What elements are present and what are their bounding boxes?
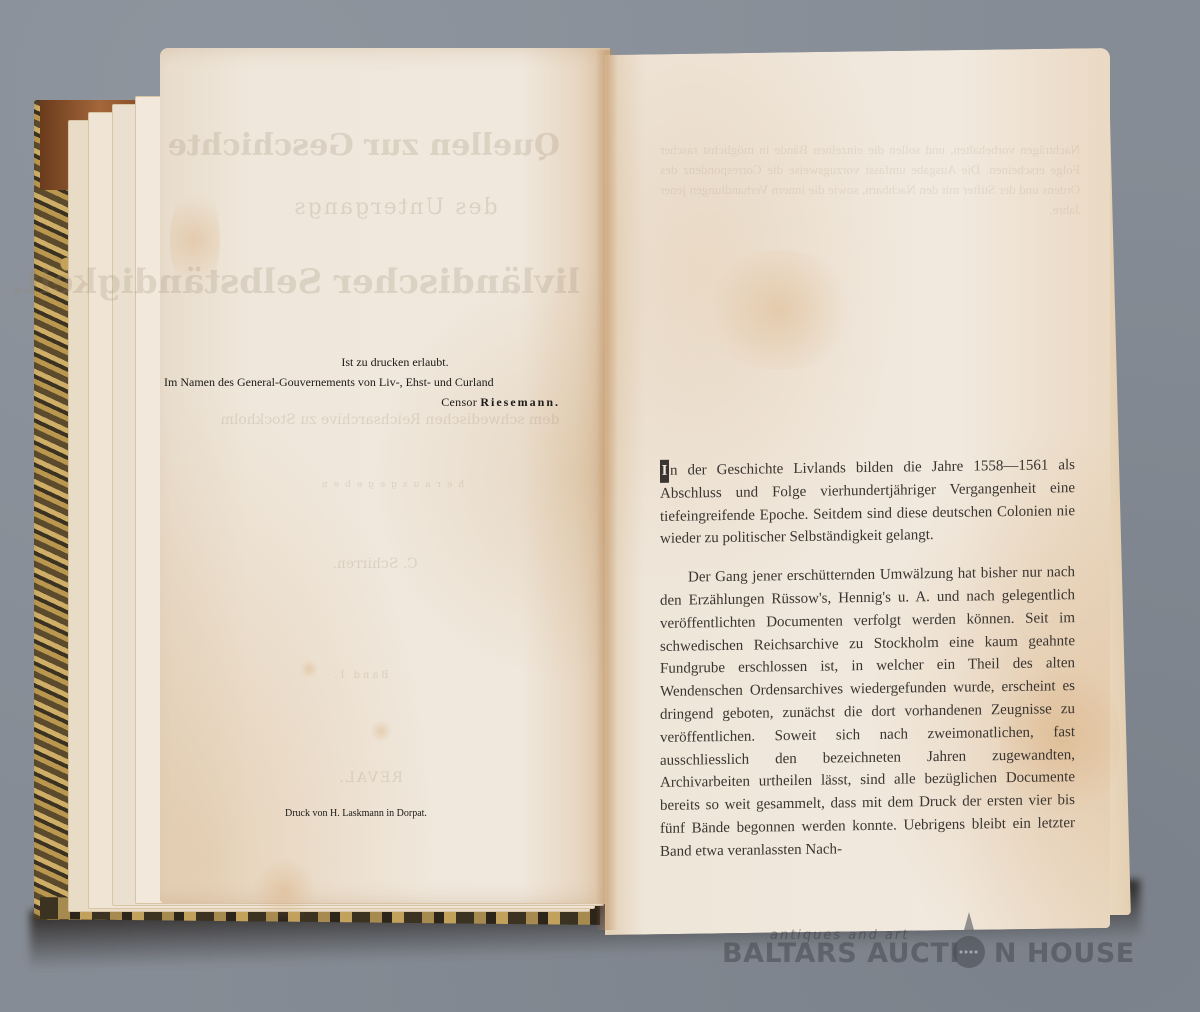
bleed-through-title-line1: Quellen zur Geschichte <box>230 128 560 163</box>
printer-imprint: Druck von H. Laskmann in Dorpat. <box>285 808 485 819</box>
bleed-through-author: C. Schirren. <box>310 556 440 572</box>
foxing-stain <box>300 660 318 678</box>
watermark-brand-part2: N HOUSE <box>994 938 1135 969</box>
watermark-brand-part1: BALTARS AUCTI <box>722 938 960 969</box>
book-photo: Quellen zur Geschichte des Untergangs li… <box>0 0 1200 1012</box>
paragraph-1-text: n der Geschichte Livlands bilden die Jah… <box>660 457 1075 547</box>
bleed-through-spaced: herausgegeben <box>290 480 490 490</box>
foxing-stain <box>370 720 392 742</box>
censor-name: Riesemann. <box>480 395 560 409</box>
foxing-stain <box>250 860 320 920</box>
right-page-body: In der Geschichte Livlands bilden die Ja… <box>660 454 1075 863</box>
imprimatur-line2: Im Namen des General-Gouvernements von L… <box>160 372 610 392</box>
bleed-through-title-line3: livländischer Selbständigkeit. <box>200 262 580 302</box>
paragraph-1: In der Geschichte Livlands bilden die Ja… <box>660 454 1075 551</box>
book-gutter <box>596 50 618 930</box>
imprimatur-line3: Censor Riesemann. <box>160 392 610 412</box>
bleed-through-subtitle: dem schwedischen Reichsarchive zu Stockh… <box>220 412 560 428</box>
drop-cap: I <box>660 460 669 483</box>
bleed-through-right-page: Nachträgen vorbehalten, und sollen die e… <box>660 140 1080 220</box>
censor-label: Censor <box>441 395 477 409</box>
bleed-through-title-line2: des Untergangs <box>280 195 510 220</box>
bleed-through-volume: Band I. <box>320 670 400 681</box>
foxing-stain <box>700 250 860 370</box>
imprimatur-block: Ist zu drucken erlaubt. Im Namen des Gen… <box>160 352 610 412</box>
auction-gavel-logo-icon <box>952 912 986 974</box>
paragraph-2: Der Gang jener erschütternden Umwälzung … <box>660 561 1075 863</box>
imprimatur-line1: Ist zu drucken erlaubt. <box>160 352 610 372</box>
bleed-through-city: REVAL. <box>330 770 410 786</box>
watermark-brand: BALTARS AUCTIN HOUSE <box>722 938 1122 978</box>
